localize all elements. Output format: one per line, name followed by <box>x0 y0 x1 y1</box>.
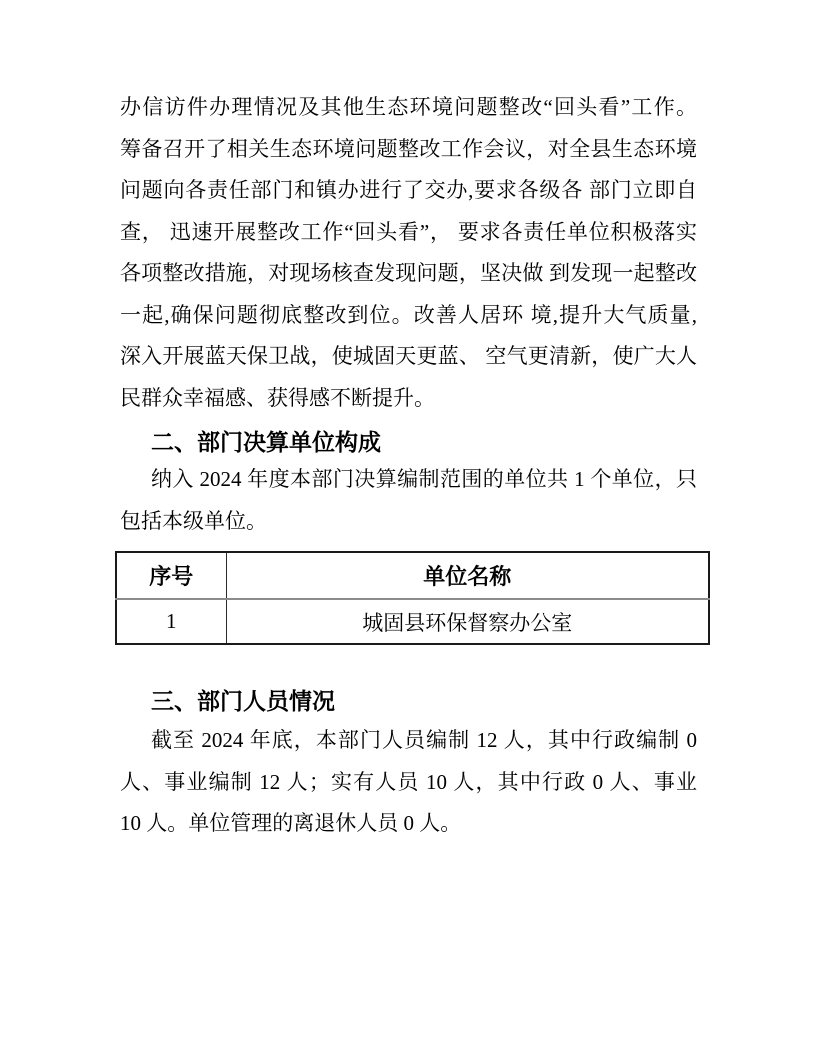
text-line: 10 人。单位管理的离退休人员 0 人。 <box>120 803 697 845</box>
text-line: 包括本级单位。 <box>120 501 697 543</box>
section-heading-personnel: 三、部门人员情况 <box>120 685 697 717</box>
cell-unit-name: 城固县环保督察办公室 <box>226 599 709 644</box>
text-line: 各项整改措施，对现场核查发现问题，坚决做 到发现一起整改 <box>120 253 697 295</box>
units-table: 序号 单位名称 1 城固县环保督察办公室 <box>115 551 710 645</box>
text-line: 民群众幸福感、获得感不断提升。 <box>120 378 697 420</box>
section-heading-units: 二、部门决算单位构成 <box>120 426 697 458</box>
text-line: 人、事业编制 12 人；实有人员 10 人，其中行政 0 人、事业 <box>120 762 697 804</box>
units-paragraph: 纳入 2024 年度本部门决算编制范围的单位共 1 个单位，只包括本级单位。 <box>120 459 697 542</box>
cell-seq: 1 <box>116 599 226 644</box>
text-line: 筹备召开了相关生态环境问题整改工作会议，对全县生态环境 <box>120 129 697 171</box>
text-line: 纳入 2024 年度本部门决算编制范围的单位共 1 个单位，只 <box>120 459 697 501</box>
text-line: 一起,确保问题彻底整改到位。改善人居环 境,提升大气质量, <box>120 295 697 337</box>
table-header-seq: 序号 <box>116 552 226 599</box>
text-line: 办信访件办理情况及其他生态环境问题整改“回头看”工作。 <box>120 87 697 129</box>
table-header-row: 序号 单位名称 <box>116 552 709 599</box>
text-line: 查， 迅速开展整改工作“回头看”， 要求各责任单位积极落实 <box>120 212 697 254</box>
opening-paragraph: 办信访件办理情况及其他生态环境问题整改“回头看”工作。筹备召开了相关生态环境问题… <box>120 87 697 419</box>
text-line: 深入开展蓝天保卫战，使城固天更蓝、 空气更清新，使广大人 <box>120 336 697 378</box>
text-line: 问题向各责任部门和镇办进行了交办,要求各级各 部门立即自 <box>120 170 697 212</box>
table-row: 1 城固县环保督察办公室 <box>116 599 709 644</box>
text-line: 截至 2024 年底，本部门人员编制 12 人，其中行政编制 0 <box>120 720 697 762</box>
document-page: 办信访件办理情况及其他生态环境问题整改“回头看”工作。筹备召开了相关生态环境问题… <box>0 0 816 1056</box>
table-header-unit-name: 单位名称 <box>226 552 709 599</box>
units-table-container: 序号 单位名称 1 城固县环保督察办公室 <box>115 551 710 645</box>
personnel-paragraph: 截至 2024 年底，本部门人员编制 12 人，其中行政编制 0人、事业编制 1… <box>120 720 697 845</box>
